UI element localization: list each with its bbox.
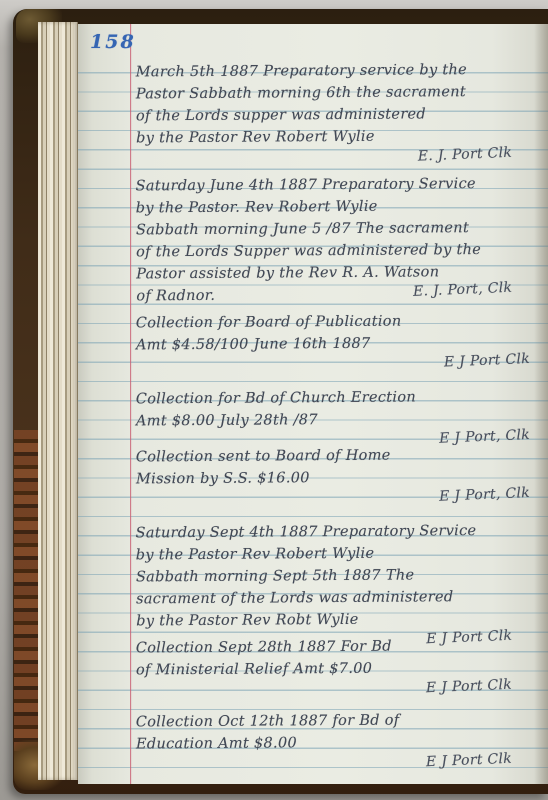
red-margin-line	[130, 24, 131, 784]
ledger-entry: Collection sent to Board of Home Mission…	[136, 444, 538, 514]
ledger-entry: Collection Oct 12th 1887 for Bd of Educa…	[136, 709, 538, 779]
entry-line: Sabbath morning June 5 /87 The sacrament	[136, 217, 538, 242]
ledger-entry: March 5th 1887 Preparatory service by th…	[136, 59, 539, 173]
ledger-page: 158 March 5th 1887 Preparatory service b…	[78, 24, 548, 784]
page-edge-stack	[38, 22, 78, 780]
entry-line: sacrament of the Lords was administered	[136, 586, 538, 611]
entry-line: Pastor Sabbath morning 6th the sacrament	[136, 81, 538, 106]
entry-line: March 5th 1887 Preparatory service by th…	[136, 59, 538, 84]
entry-line: Collection sent to Board of Home	[136, 444, 538, 469]
ledger-book-photo: 158 March 5th 1887 Preparatory service b…	[0, 0, 548, 800]
ledger-entry: Saturday June 4th 1887 Preparatory Servi…	[136, 173, 539, 308]
entry-line: by the Pastor. Rev Robert Wylie	[136, 195, 538, 220]
ledger-entry: Collection Sept 28th 1887 For Bd of Mini…	[136, 635, 538, 705]
entry-line: Collection for Bd of Church Erection	[136, 386, 538, 411]
entry-line: Sabbath morning Sept 5th 1887 The	[136, 564, 538, 589]
entry-line: of the Lords Supper was administered by …	[136, 239, 538, 264]
entry-line: by the Pastor Rev Robert Wylie	[136, 542, 538, 567]
entry-line: Collection for Board of Publication	[136, 310, 538, 335]
ledger-entry: Collection for Board of Publication Amt …	[136, 310, 538, 380]
entry-line: Saturday Sept 4th 1887 Preparatory Servi…	[136, 520, 538, 545]
entry-line: Saturday June 4th 1887 Preparatory Servi…	[136, 173, 538, 198]
page-number: 158	[90, 31, 136, 53]
entry-line: Collection Sept 28th 1887 For Bd	[136, 635, 538, 660]
entry-line: Collection Oct 12th 1887 for Bd of	[136, 709, 538, 734]
entry-line: of the Lords supper was administered	[136, 103, 538, 128]
